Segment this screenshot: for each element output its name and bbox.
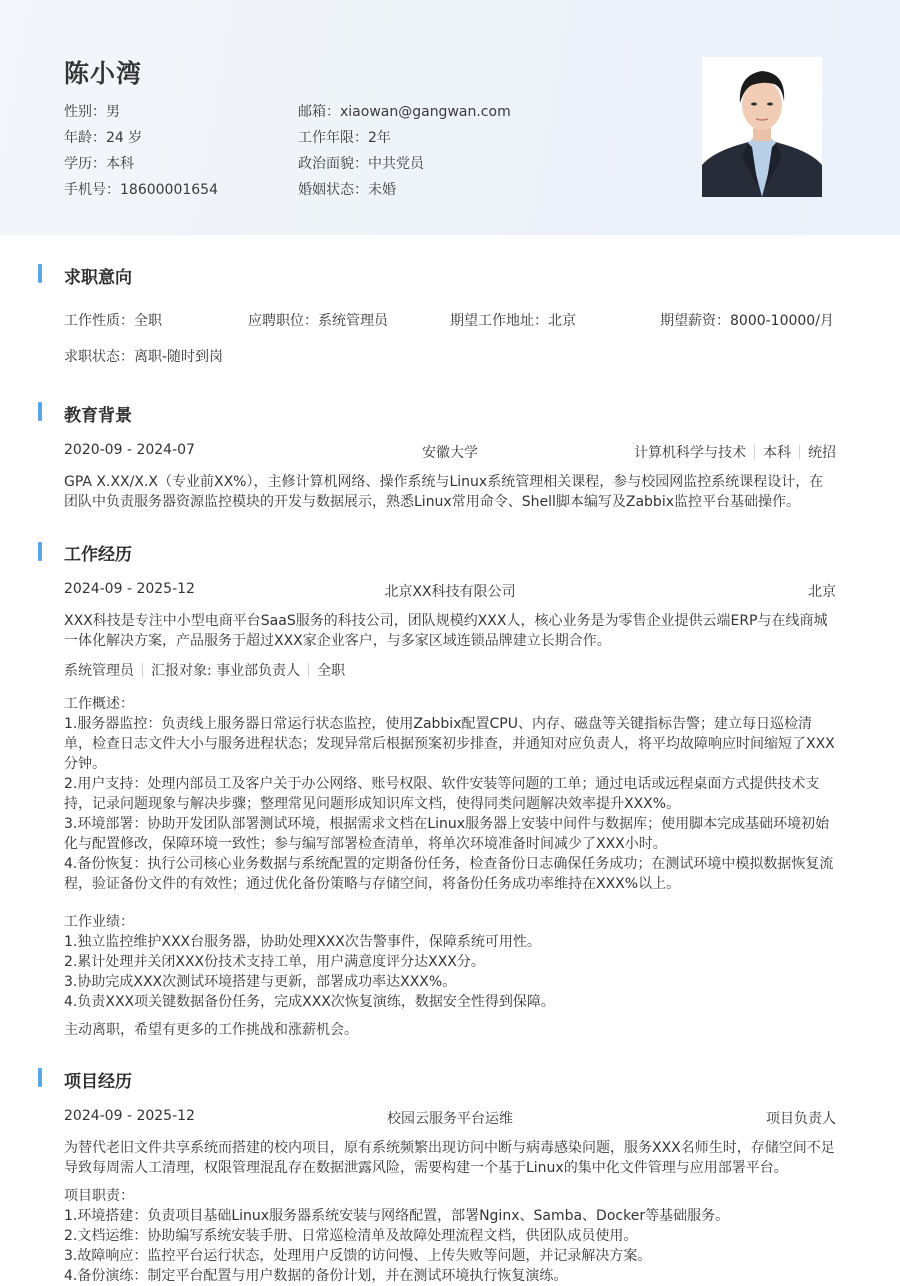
- info-education: 学历：本科: [64, 153, 134, 173]
- section-accent-bar: [38, 264, 42, 283]
- info-marital: 婚姻状态：未婚: [298, 179, 396, 199]
- work-overview-item: 2.用户支持：处理内部员工及客户关于办公网络、账号权限、软件安装等问题的工单；通…: [64, 774, 836, 814]
- field-label: 工作性质：: [64, 313, 134, 329]
- work-overview-item: 1.服务器监控：负责线上服务器日常运行状态监控，使用Zabbix配置CPU、内存…: [64, 714, 836, 774]
- profile-photo: [702, 57, 822, 197]
- info-email: 邮箱：xiaowan@gangwan.com: [298, 101, 511, 121]
- work-leave-reason: 主动离职，希望有更多的工作挑战和涨薪机会。: [64, 1020, 836, 1040]
- education-degree: 本科: [763, 445, 791, 461]
- work-job-type: 全职: [317, 663, 345, 679]
- field-label: 期望薪资：: [660, 313, 730, 329]
- section-title-work: 工作经历: [64, 540, 132, 565]
- work-overview: 工作概述： 1.服务器监控：负责线上服务器日常运行状态监控，使用Zabbix配置…: [64, 694, 836, 894]
- section-accent-bar: [38, 402, 42, 421]
- field-label: 求职状态：: [64, 349, 134, 365]
- work-achievement-item: 3.协助完成XXX次测试环境搭建与更新，部署成功率达XXX%。: [64, 972, 836, 992]
- project-duties-title: 项目职责：: [64, 1186, 836, 1206]
- work-achievement-item: 4.负责XXX项关键数据备份任务，完成XXX次恢复演练，数据安全性得到保障。: [64, 992, 836, 1012]
- info-phone: 手机号：18600001654: [64, 179, 218, 199]
- work-company-description: XXX科技是专注中小型电商平台SaaS服务的科技公司，团队规模约XXX人，核心业…: [64, 611, 836, 651]
- work-overview-title: 工作概述：: [64, 694, 836, 714]
- resume-header: 陈小湾 性别：男 年龄：24 岁 学历：本科 手机号：18600001654 邮…: [0, 0, 900, 235]
- education-type: 统招: [808, 445, 836, 461]
- separator: [799, 445, 800, 459]
- field-value: 离职-随时到岗: [134, 349, 223, 365]
- section-accent-bar: [38, 542, 42, 561]
- info-label: 手机号：: [64, 182, 120, 198]
- info-political: 政治面貌：中共党员: [298, 153, 424, 173]
- work-overview-item: 3.环境部署：协助开发团队部署测试环境，根据需求文档在Linux服务器上安装中间…: [64, 814, 836, 854]
- info-label: 学历：: [64, 156, 106, 172]
- intent-location: 期望工作地址：北京: [450, 310, 576, 330]
- info-label: 工作年限：: [298, 130, 368, 146]
- project-header-row: 2024-09 - 2025-12 校园云服务平台运维 项目负责人: [64, 1108, 836, 1128]
- intent-status: 求职状态：离职-随时到岗: [64, 346, 223, 366]
- project-duty-item: 3.故障响应：监控平台运行状态，处理用户反馈的访问慢、上传失败等问题，并记录解决…: [64, 1246, 836, 1266]
- info-value: 18600001654: [120, 182, 218, 198]
- project-duty-item: 1.环境搭建：负责项目基础Linux服务器系统安装与网络配置，部署Nginx、S…: [64, 1206, 836, 1226]
- work-company: 北京XX科技有限公司: [64, 581, 836, 601]
- info-value: 未婚: [368, 182, 396, 198]
- work-achievement-item: 2.累计处理并关闭XXX份技术支持工单，用户满意度评分达XXX分。: [64, 952, 836, 972]
- work-role-row: 系统管理员汇报对象: 事业部负责人全职: [64, 660, 836, 680]
- project-description: 为替代老旧文件共享系统而搭建的校内项目，原有系统频繁出现访问中断与病毒感染问题，…: [64, 1138, 836, 1178]
- work-header-row: 2024-09 - 2025-12 北京XX科技有限公司 北京: [64, 581, 836, 601]
- field-label: 应聘职位：: [248, 313, 318, 329]
- separator: [754, 445, 755, 459]
- intent-work-type: 工作性质：全职: [64, 310, 162, 330]
- work-report-to: 汇报对象: 事业部负责人: [151, 663, 300, 679]
- separator: [308, 663, 309, 677]
- work-overview-item: 4.备份恢复：执行公司核心业务数据与系统配置的定期备份任务，检查备份日志确保任务…: [64, 854, 836, 894]
- work-achievements: 工作业绩： 1.独立监控维护XXX台服务器，协助处理XXX次告警事件，保障系统可…: [64, 912, 836, 1012]
- project-duty-item: 2.文档运维：协助编写系统安装手册、日常巡检清单及故障处理流程文档，供团队成员使…: [64, 1226, 836, 1246]
- info-label: 婚姻状态：: [298, 182, 368, 198]
- field-value: 系统管理员: [318, 313, 388, 329]
- project-duty-item: 4.备份演练：制定平台配置与用户数据的备份计划，并在测试环境执行恢复演练。: [64, 1266, 836, 1275]
- field-value: 北京: [548, 313, 576, 329]
- info-value: 男: [106, 104, 120, 120]
- info-value: 2年: [368, 130, 391, 146]
- section-title-project: 项目经历: [64, 1067, 132, 1092]
- section-title-education: 教育背景: [64, 401, 132, 426]
- info-label: 性别：: [64, 104, 106, 120]
- info-age: 年龄：24 岁: [64, 127, 142, 147]
- work-achievement-item: 1.独立监控维护XXX台服务器，协助处理XXX次告警事件，保障系统可用性。: [64, 932, 836, 952]
- education-header-row: 2020-09 - 2024-07 安徽大学 计算机科学与技术本科统招: [64, 442, 836, 462]
- section-accent-bar: [38, 1068, 42, 1087]
- info-gender: 性别：男: [64, 101, 120, 121]
- info-label: 政治面貌：: [298, 156, 368, 172]
- field-value: 8000-10000/月: [730, 313, 834, 329]
- info-value: xiaowan@gangwan.com: [340, 104, 511, 120]
- separator: [142, 663, 143, 677]
- info-value: 本科: [106, 156, 134, 172]
- education-description: GPA X.XX/X.X（专业前XX%），主修计算机网络、操作系统与Linux系…: [64, 472, 836, 512]
- project-role: 项目负责人: [766, 1108, 836, 1128]
- candidate-name: 陈小湾: [64, 54, 142, 90]
- section-title-job-intention: 求职意向: [64, 263, 132, 288]
- info-value: 24 岁: [106, 130, 142, 146]
- intent-position: 应聘职位：系统管理员: [248, 310, 388, 330]
- work-role: 系统管理员: [64, 663, 134, 679]
- project-name: 校园云服务平台运维: [64, 1108, 836, 1128]
- field-value: 全职: [134, 313, 162, 329]
- intent-salary: 期望薪资：8000-10000/月: [660, 310, 834, 330]
- education-meta: 计算机科学与技术本科统招: [634, 442, 836, 462]
- work-location: 北京: [808, 581, 836, 601]
- info-work-years: 工作年限：2年: [298, 127, 391, 147]
- info-label: 邮箱：: [298, 104, 340, 120]
- work-achievements-title: 工作业绩：: [64, 912, 836, 932]
- field-label: 期望工作地址：: [450, 313, 548, 329]
- info-value: 中共党员: [368, 156, 424, 172]
- project-duties: 项目职责： 1.环境搭建：负责项目基础Linux服务器系统安装与网络配置，部署N…: [64, 1186, 836, 1275]
- info-label: 年龄：: [64, 130, 106, 146]
- portrait-icon: [702, 57, 822, 197]
- education-major: 计算机科学与技术: [634, 445, 746, 461]
